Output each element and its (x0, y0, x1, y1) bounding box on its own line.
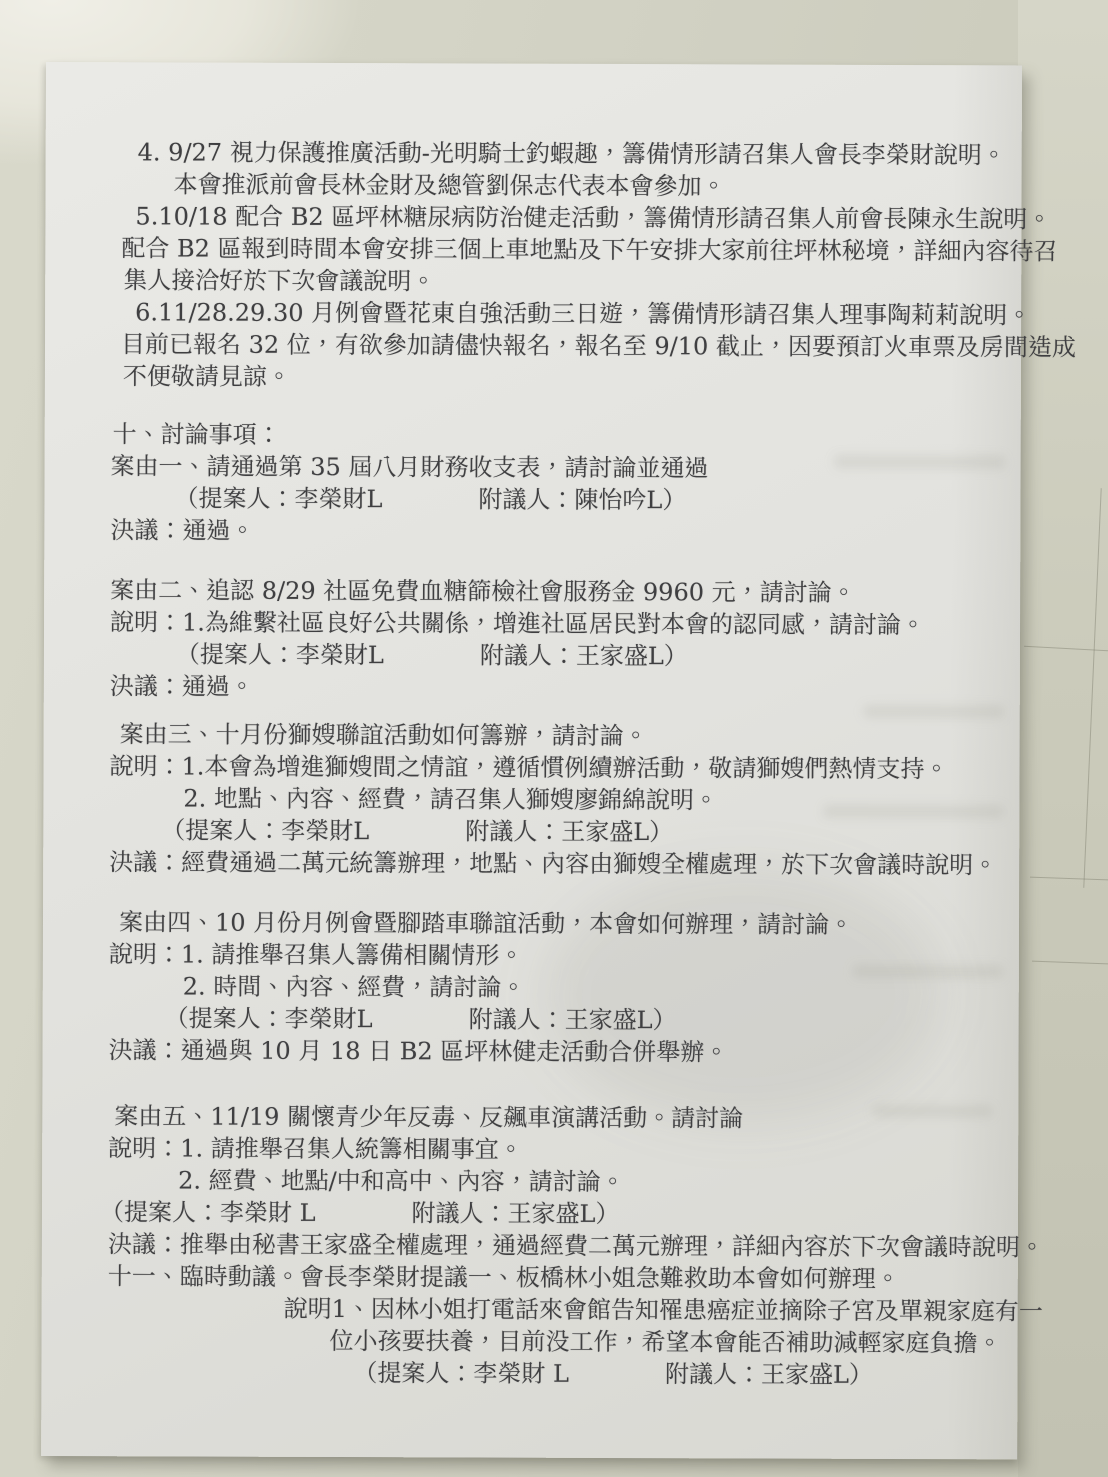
document-line-10: 案由一、請通過第 35 屆八月財務收支表，請討論並通過 (111, 450, 1011, 485)
document-line-8: 不便敬請見諒。 (123, 360, 1011, 395)
document-line-3: 5.10/18 配合 B2 區坪林糖尿病防治健走活動，籌備情形請召集人前會長陳永… (135, 200, 1011, 235)
document-line-1: 4. 9/27 視力保護推廣活動-光明騎士釣蝦趣，籌備情形請召集人會長李榮財說明… (138, 136, 1012, 171)
document-line-29: 2. 經費、地點/中和高中、內容，請討論。 (178, 1164, 1008, 1199)
document-line-16: 決議：通過。 (110, 670, 1010, 705)
document-line-31: 決議：推舉由秘書王家盛全權處理，通過經費二萬元辦理，詳細內容於下次會議時說明。 (108, 1228, 1008, 1263)
document-line-27: 案由五、11/19 關懷青少年反毒、反飆車演講活動。請討論 (114, 1100, 1008, 1135)
document-line-24: 2. 時間、內容、經費，請討論。 (183, 970, 1009, 1005)
document-line-25: （提案人：李榮財L 附議人：王家盛L） (165, 1002, 1009, 1037)
document-line-35: （提案人：李榮財 L 附議人：王家盛L） (353, 1357, 1007, 1391)
photo-background: 4. 9/27 視力保護推廣活動-光明騎士釣蝦趣，籌備情形請召集人會長李榮財說明… (0, 0, 1108, 1477)
document-line-33: 說明1、因林小姐打電話來會館告知罹患癌症並摘除子宮及單親家庭有一 (284, 1293, 1008, 1328)
document-line-4: 配合 B2 區報到時間本會安排三個上車地點及下午安排大家前往坪林秘境，詳細內容待… (121, 232, 1011, 267)
document-line-12: 決議：通過。 (110, 514, 1010, 549)
document-line-2: 本會推派前會長林金財及總管劉保志代表本會參加。 (174, 168, 1012, 203)
document-line-32: 十一、臨時動議。會長李榮財提議一、板橋林小姐急難救助本會如何辦理。 (108, 1260, 1008, 1295)
document-line-26: 決議：通過與 10 月 18 日 B2 區坪林健走活動合併舉辦。 (108, 1034, 1008, 1069)
document-line-28: 說明：1. 請推舉召集人統籌相關事宜。 (108, 1132, 1008, 1167)
document-line-34: 位小孩要扶養，目前没工作，希望本會能否補助減輕家庭負擔。 (329, 1325, 1007, 1359)
document-line-11: （提案人：李榮財L 附議人：陳怡吟L） (174, 482, 1010, 517)
document-line-15: （提案人：李榮財L 附議人：王家盛L） (176, 638, 1010, 673)
document-text: 4. 9/27 視力保護推廣活動-光明騎士釣蝦趣，籌備情形請召集人會長李榮財說明… (107, 136, 1011, 1391)
document-line-30: （提案人：李榮財 L 附議人：王家盛L） (100, 1196, 1008, 1231)
document-line-14: 說明：1.為維繫社區良好公共關係，增進社區居民對本會的認同感，請討論。 (110, 606, 1010, 641)
paper: 4. 9/27 視力保護推廣活動-光明騎士釣蝦趣，籌備情形請召集人會長李榮財說明… (41, 62, 1022, 1459)
document-line-21: 決議：經費通過二萬元統籌辦理，地點、內容由獅嫂全權處理，於下次會議時說明。 (109, 846, 1009, 881)
document-line-6: 6.11/28.29.30 月例會暨花東自強活動三日遊，籌備情形請召集人理事陶莉… (135, 296, 1011, 331)
document-line-23: 說明：1. 請推舉召集人籌備相關情形。 (109, 938, 1009, 973)
document-line-9: 十、討論事項： (113, 418, 1011, 453)
document-line-18: 說明：1.本會為增進獅嫂間之情誼，遵循慣例續辦活動，敬請獅嫂們熱情支持。 (109, 750, 1009, 785)
document-line-22: 案由四、10 月份月例會暨腳踏車聯誼活動，本會如何辦理，請討論。 (119, 906, 1009, 941)
document-line-20: （提案人：李榮財L 附議人：王家盛L） (161, 814, 1009, 849)
document-line-7: 目前已報名 32 位，有欲參加請儘快報名，報名至 9/10 截止，因要預訂火車票… (121, 328, 1011, 363)
document-line-17: 案由三、十月份獅嫂聯誼活動如何籌辦，請討論。 (120, 718, 1010, 753)
document-line-19: 2. 地點、內容、經費，請召集人獅嫂廖錦綿說明。 (183, 782, 1009, 817)
document-line-13: 案由二、追認 8/29 社區免費血糖篩檢社會服務金 9960 元，請討論。 (110, 574, 1010, 609)
document-line-5: 集人接洽好於下次會議說明。 (123, 264, 1011, 299)
